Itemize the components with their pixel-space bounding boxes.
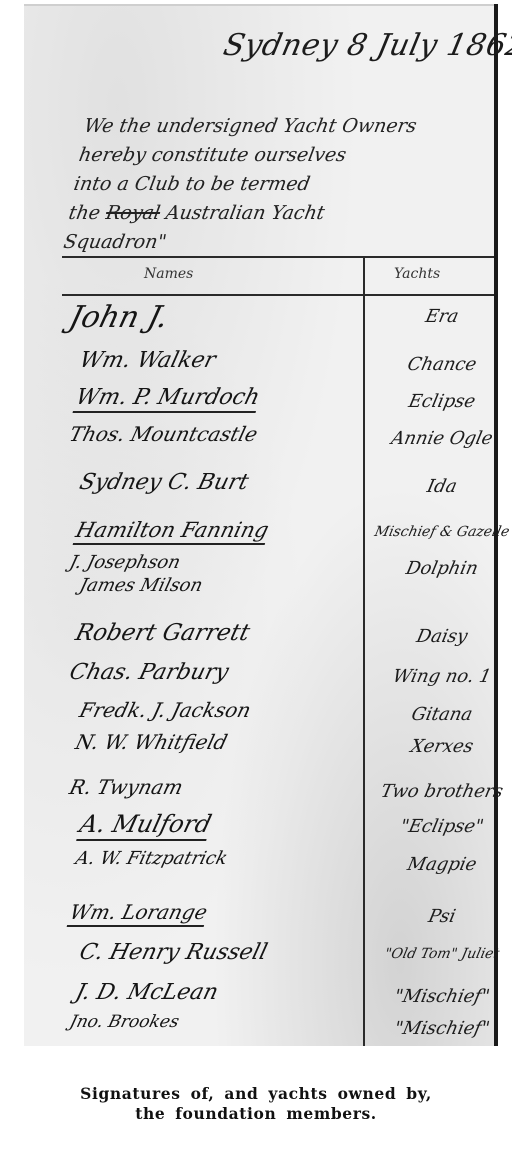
figure-caption: Signatures of, and yachts owned by, the … xyxy=(0,1084,512,1124)
member-signature: Wm. Walker xyxy=(77,348,218,373)
caption-line-2: the foundation members. xyxy=(0,1104,512,1124)
yacht-name: Annie Ogle xyxy=(370,428,512,449)
yacht-name: Mischief & Gazelle xyxy=(370,524,512,540)
table-top-rule xyxy=(62,256,494,258)
member-signature: J. Josephson xyxy=(67,552,182,573)
member-signature: R. Twynam xyxy=(67,775,186,799)
preamble-line-3: into a Club to be termed xyxy=(71,170,486,199)
preamble-line-5: Squadron" xyxy=(61,228,476,257)
yacht-name: Two brothers xyxy=(370,781,512,802)
column-header-yachts: Yachts xyxy=(394,266,440,282)
document-date: Sydney 8 July 1862. xyxy=(220,28,512,63)
member-signature: John J. xyxy=(66,300,172,335)
preamble-line-1: We the undersigned Yacht Owners xyxy=(82,112,497,141)
preamble-text: We the undersigned Yacht Owners hereby c… xyxy=(61,112,497,257)
member-signature: Hamilton Fanning xyxy=(73,518,272,545)
column-header-names: Names xyxy=(144,266,193,282)
preamble-word-the: the xyxy=(67,202,102,224)
member-signature: Fredk. J. Jackson xyxy=(77,698,254,722)
yacht-name: Dolphin xyxy=(370,558,512,579)
member-signature: Chas. Parbury xyxy=(67,660,231,685)
member-signature: Sydney C. Burt xyxy=(77,470,251,495)
yacht-name: "Mischief" xyxy=(370,986,512,1007)
preamble-club-name: Australian Yacht xyxy=(164,202,326,224)
photo-edge xyxy=(24,4,494,6)
member-signature: A. Mulford xyxy=(76,810,214,841)
member-signature: C. Henry Russell xyxy=(77,940,270,965)
yacht-name: "Mischief" xyxy=(370,1018,512,1039)
yacht-name: Xerxes xyxy=(370,736,512,757)
member-signature: James Milson xyxy=(77,575,204,596)
yacht-name: Wing no. 1 xyxy=(370,666,512,687)
table-header-rule xyxy=(62,294,494,296)
member-signature: Jno. Brookes xyxy=(68,1012,182,1032)
member-signature: Thos. Mountcastle xyxy=(67,422,260,446)
yacht-name: Daisy xyxy=(370,626,512,647)
yacht-name: "Eclipse" xyxy=(370,816,512,837)
member-signature: Wm. Lorange xyxy=(67,900,210,927)
member-signature: A. W. Fitzpatrick xyxy=(73,848,229,869)
caption-line-1: Signatures of, and yachts owned by, xyxy=(0,1084,512,1104)
yacht-name: "Old Tom" Juliet xyxy=(370,946,512,962)
yacht-name: Gitana xyxy=(370,704,512,725)
preamble-line-4: the Royal Australian Yacht xyxy=(66,199,481,228)
yacht-name: Era xyxy=(370,306,512,327)
yacht-name: Psi xyxy=(370,906,512,927)
yacht-name: Ida xyxy=(370,476,512,497)
yacht-name: Eclipse xyxy=(370,391,512,412)
member-signature: Robert Garrett xyxy=(73,620,253,646)
yacht-name: Chance xyxy=(370,354,512,375)
document-photograph: Sydney 8 July 1862. We the undersigned Y… xyxy=(24,4,498,1046)
preamble-line-2: hereby constitute ourselves xyxy=(77,141,492,170)
table-column-divider xyxy=(363,256,365,1046)
struck-word-royal: Royal xyxy=(104,202,162,224)
member-signature: N. W. Whitfield xyxy=(73,730,230,754)
member-signature: J. D. McLean xyxy=(73,980,221,1005)
yacht-name: Magpie xyxy=(370,854,512,875)
member-signature: Wm. P. Murdoch xyxy=(73,385,263,413)
